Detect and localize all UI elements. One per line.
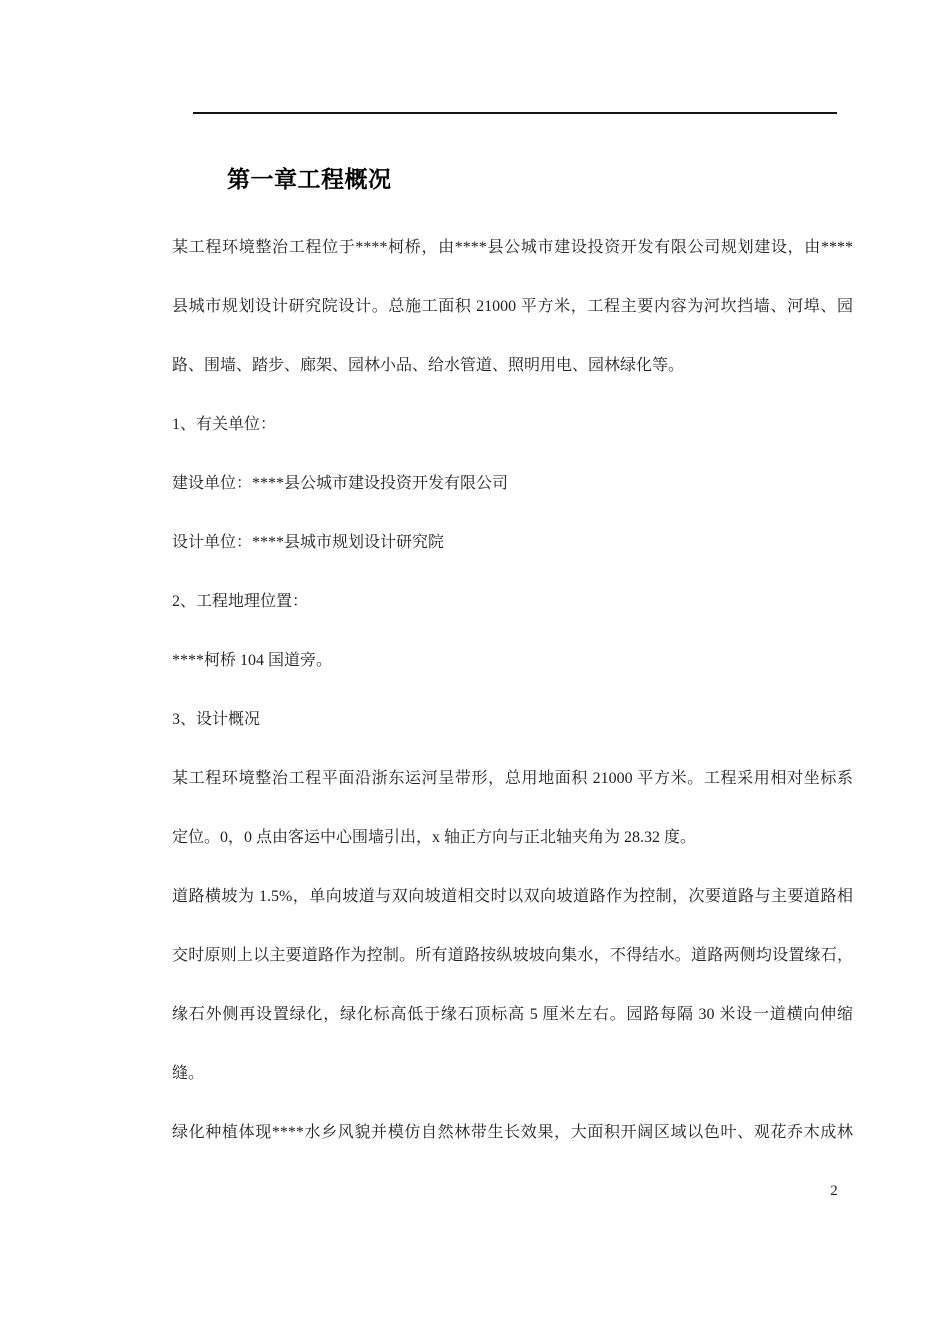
text-line: 某工程环境整治工程平面沿浙东运河呈带形，总用地面积 21000 平方米。工程采用… [172, 749, 853, 808]
text-line: 1、有关单位： [172, 395, 853, 454]
text-line: 某工程环境整治工程位于****柯桥，由****县公城市建设投资开发有限公司规划建… [172, 218, 853, 277]
header-rule [193, 112, 837, 114]
text-line: 路、围墙、踏步、廊架、园林小品、给水管道、照明用电、园林绿化等。 [172, 336, 853, 395]
page-number: 2 [824, 1180, 844, 1202]
text-line: 交时原则上以主要道路作为控制。所有道路按纵坡坡向集水，不得结水。道路两侧均设置缘… [172, 926, 853, 985]
document-page: 第一章工程概况 某工程环境整治工程位于****柯桥，由****县公城市建设投资开… [0, 0, 950, 1344]
text-line: 建设单位：****县公城市建设投资开发有限公司 [172, 454, 853, 513]
text-line: 绿化种植体现****水乡风貌并模仿自然林带生长效果，大面积开阔区域以色叶、观花乔… [172, 1103, 853, 1162]
text-line: ****柯桥 104 国道旁。 [172, 631, 853, 690]
text-line: 3、设计概况 [172, 690, 853, 749]
text-line: 2、工程地理位置： [172, 572, 853, 631]
text-line: 设计单位：****县城市规划设计研究院 [172, 513, 853, 572]
document-body: 某工程环境整治工程位于****柯桥，由****县公城市建设投资开发有限公司规划建… [172, 218, 853, 1162]
text-line: 缘石外侧再设置绿化，绿化标高低于缘石顶标高 5 厘米左右。园路每隔 30 米设一… [172, 985, 853, 1044]
chapter-title: 第一章工程概况 [227, 165, 392, 195]
text-line: 道路横坡为 1.5%，单向坡道与双向坡道相交时以双向坡道路作为控制，次要道路与主… [172, 867, 853, 926]
text-line: 缝。 [172, 1044, 853, 1103]
text-line: 定位。0，0 点由客运中心围墙引出，x 轴正方向与正北轴夹角为 28.32 度。 [172, 808, 853, 867]
text-line: 县城市规划设计研究院设计。总施工面积 21000 平方米，工程主要内容为河坎挡墙… [172, 277, 853, 336]
